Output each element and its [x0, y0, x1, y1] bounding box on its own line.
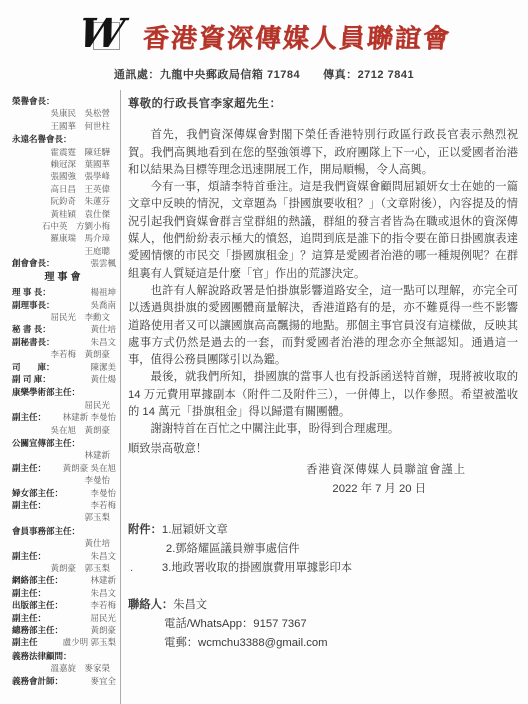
- officer-names: 郭玉梨: [84, 511, 110, 523]
- letter-paragraph: 最後，就我們所知，掛國旗的當事人也有投訴函送特首辦，現將被收取的 14 万元費用…: [128, 369, 518, 421]
- paragraphs: 首先，我們資深傳媒會對閣下榮任香港特別行政區行政長官表示熱烈祝賀。我們高興地看到…: [128, 127, 518, 438]
- officer-names: 吳康民 吳松營: [50, 107, 110, 119]
- org-logo: W: [77, 13, 129, 59]
- officer-names: 賴冠深 葉國華: [50, 158, 110, 170]
- closing-salute: 順致崇高敬意！: [128, 441, 518, 458]
- attachments-list: 1.屈穎妍文章 2.鄧絡耀區議員辦事處信件 3.地政署收取的掛國旗費用單據影印本: [162, 521, 352, 578]
- officer-role-label: 副主任：: [12, 499, 46, 511]
- sidebar-officer-line: 康樂學術部主任：: [12, 386, 116, 398]
- sidebar-officer-line: 理 事 長： 楊祖坤: [12, 286, 116, 298]
- sidebar-officer-line: 副主任： 屈民光: [12, 612, 116, 624]
- attachment-item: 3.地政署收取的掛國旗費用單據影印本: [162, 559, 352, 578]
- officer-names: 麥宜全: [90, 675, 116, 687]
- officer-names: 張雲楓: [90, 257, 116, 269]
- officer-role-label: 義務法律顧問：: [12, 650, 72, 662]
- sidebar-officer-line: 公關宣傳部主任：: [12, 437, 116, 449]
- officer-names: 李若梅: [90, 599, 116, 611]
- sidebar-officer-line: 司 庫： 陳潔美: [12, 361, 116, 373]
- officer-names: 楊祖坤: [90, 286, 116, 298]
- officer-names: 李若梅 黃朗豪: [50, 348, 110, 360]
- officer-names: 屈民光 李勳文: [50, 311, 110, 323]
- officer-role-label: 理 事 長：: [12, 286, 51, 298]
- sidebar-officer-line: 賴冠深 葉國華: [12, 158, 116, 170]
- sidebar-officer-line: 副主任： 朱昌文: [12, 550, 116, 562]
- officer-names: 霍震霆 陳廷驊: [50, 146, 110, 158]
- attachment-item: 2.鄧絡耀區議員辦事處信件: [162, 540, 352, 559]
- letter-paragraph: 首先，我們資深傳媒會對閣下榮任香港特別行政區行政長官表示熱烈祝賀。我們高興地看到…: [128, 127, 518, 179]
- officer-role-label: 義務會計師：: [12, 675, 63, 687]
- sidebar-officer-line: 郭玉梨: [12, 511, 116, 523]
- officer-names: 張國強 張學峰: [50, 170, 110, 182]
- letter-paragraph: 也許有人解說路政署是怕掛旗影響道路安全，這一點可以理解，亦完全可以透過與掛旗的愛…: [128, 283, 518, 369]
- letter-date: 2022 年 7 月 20 日: [128, 481, 518, 498]
- letterhead-contact-line: 通訊處：九龍中央郵政局信箱 71784 傳真：2712 7841: [0, 66, 528, 82]
- sidebar-officer-line: 黃朗豪 郭玉梨: [12, 562, 116, 574]
- sidebar-officer-line: 黃桂穎 袁仕傑: [12, 208, 116, 220]
- sidebar-officer-line: 林建新: [12, 449, 116, 461]
- officer-names: 王國華 何世柱: [50, 120, 110, 132]
- officer-role-label: 副主任：: [12, 612, 46, 624]
- officer-names: 黃朗豪 吳在旭: [63, 462, 116, 474]
- sidebar-officer-line: 出版部主任： 李若梅: [12, 599, 116, 611]
- sidebar-officer-line: 阮鈞奇 朱蓮芬: [12, 195, 116, 207]
- attachment-item: 1.屈穎妍文章: [162, 521, 352, 540]
- officer-names: 溫嘉旋 麥家榮: [50, 662, 110, 674]
- officer-names: 阮鈞奇 朱蓮芬: [50, 195, 110, 207]
- officer-names: 石中英 方劉小梅: [42, 220, 110, 232]
- sidebar-officer-line: 李若梅 黃朗豪: [12, 348, 116, 360]
- content-columns: 榮譽會長： 吳康民 吳松營 王國華 何世柱 永遠名譽會長：: [0, 90, 528, 704]
- officer-role-label: 榮譽會長：: [12, 95, 55, 107]
- officer-role-label: 副主任：: [12, 462, 46, 474]
- letter-paragraph: 謝謝特首在百忙之中關注此事，盼得到合理處理。: [128, 421, 518, 438]
- contact-phone-row: 電話/WhatsApp：9157 7367: [164, 615, 518, 634]
- sidebar-officer-line: 副主任： 李若梅: [12, 499, 116, 511]
- letterhead: W 香港資深傳媒人員聯誼會 通訊處：九龍中央郵政局信箱 71784 傳真：271…: [0, 0, 528, 82]
- officer-role-label: 副主任：: [12, 550, 46, 562]
- officer-names: 盧少明 郭玉梨: [63, 636, 116, 648]
- officer-names: 黃朗豪 郭玉梨: [50, 562, 110, 574]
- sidebar-officer-line: 義務法律顧問：: [12, 650, 116, 662]
- officer-names: 屈民光: [84, 399, 110, 411]
- officer-names: 羅康瑞 馬介璋: [50, 232, 110, 244]
- contact-block: 聯絡人：朱昌文 電話/WhatsApp：9157 7367 電郵：wcmchu3…: [128, 596, 518, 653]
- officer-names: 黃桂穎 袁仕傑: [50, 208, 110, 220]
- logo-calligraphy-w: W: [76, 11, 127, 57]
- officer-names: 王庭聰: [84, 245, 110, 257]
- sidebar-officer-line: 創會會長： 張雲楓: [12, 257, 116, 269]
- sidebar-officer-line: 屈民光: [12, 399, 116, 411]
- sidebar-officer-line: 羅康瑞 馬介璋: [12, 232, 116, 244]
- officer-role-label: 創會會長：: [12, 257, 55, 269]
- officer-role-label: 副 司 庫：: [12, 373, 51, 385]
- sidebar-officer-line: 副秘書長： 朱昌文: [12, 336, 116, 348]
- sidebar-officer-line: 王庭聰: [12, 245, 116, 257]
- sidebar-officer-line: 黃仕培: [12, 537, 116, 549]
- officer-names: 李若梅: [90, 499, 116, 511]
- sidebar-officer-line: 榮譽會長：: [12, 95, 116, 107]
- sidebar-officer-line: 秘 書 長： 黃仕培: [12, 323, 116, 335]
- officer-names: 黃朗豪: [90, 624, 116, 636]
- sidebar-officer-line: 副理事長： 吳喬南: [12, 299, 116, 311]
- officer-names: 林建新 李曼怡: [63, 411, 116, 423]
- officer-role-label: 副主任: [12, 636, 38, 648]
- officer-names: 黃仕培: [90, 323, 116, 335]
- sidebar-officer-line: 總務部主任： 黃朗豪: [12, 624, 116, 636]
- officer-names: 陳潔美: [90, 361, 116, 373]
- sidebar-officer-line: 婦女部主任： 李曼怡: [12, 487, 116, 499]
- officer-names: 黃仕煬: [90, 373, 116, 385]
- officer-role-label: 副秘書長：: [12, 336, 55, 348]
- sidebar-officer-line: 網絡部主任： 林建新: [12, 574, 116, 586]
- officer-role-label: 永遠名譽會長：: [12, 133, 72, 145]
- sidebar-officer-line: 副 司 庫： 黃仕煬: [12, 373, 116, 385]
- officer-names: 高日昌 王英偉: [50, 183, 110, 195]
- officer-role-label: 副理事長：: [12, 299, 55, 311]
- officer-role-label: 出版部主任：: [12, 599, 63, 611]
- contact-person-row: 聯絡人：朱昌文: [128, 596, 518, 615]
- sidebar-officer-line: 義務會計師： 麥宜全: [12, 675, 116, 687]
- contact-email-row: 電郵：wcmchu3388@gmail.com: [164, 634, 518, 653]
- sidebar-officer-line: 溫嘉旋 麥家榮: [12, 662, 116, 674]
- letter-paragraph: 今有一事，煩請李特首垂注。這是我們資媒會顧問屈穎妍女士在她的一篇文章中反映的情況…: [128, 179, 518, 283]
- sidebar-officer-line: 副主任： 黃朗豪 吳在旭: [12, 462, 116, 474]
- officer-names: 李曼怡: [90, 487, 116, 499]
- sidebar-officer-line: 石中英 方劉小梅: [12, 220, 116, 232]
- contact-label: 聯絡人：: [128, 599, 173, 611]
- sidebar-officer-line: 副主任 盧少明 郭玉梨: [12, 636, 116, 648]
- sidebar-officer-line: 高日昌 王英偉: [12, 183, 116, 195]
- sidebar-officer-line: 張國強 張學峰: [12, 170, 116, 182]
- officer-names: 朱昌文: [90, 550, 116, 562]
- officer-names: 吳喬南: [90, 299, 116, 311]
- sidebar-officer-line: 霍震霆 陳廷驊: [12, 146, 116, 158]
- sidebar-officer-line: 副主任： 朱昌文: [12, 587, 116, 599]
- attachments-block: 附件： . 1.屈穎妍文章 2.鄧絡耀區議員辦事處信件 3.地政署收取的掛國旗費…: [128, 521, 518, 578]
- sidebar-officer-line: 會員事務部主任：: [12, 525, 116, 537]
- sidebar-officer-line: 王國華 何世柱: [12, 120, 116, 132]
- officer-names: 李曼怡: [84, 474, 110, 486]
- sidebar-officer-line: 屈民光 李勳文: [12, 311, 116, 323]
- officer-role-label: 司 庫：: [12, 361, 55, 373]
- officer-role-label: 會員事務部主任：: [12, 525, 80, 537]
- officer-role-label: 網絡部主任：: [12, 574, 63, 586]
- officer-names: 吳在旭 黃朗豪: [50, 424, 110, 436]
- logo-row: W 香港資深傳媒人員聯誼會: [0, 12, 528, 60]
- officers-sidebar: 榮譽會長： 吳康民 吳松營 王國華 何世柱 永遠名譽會長：: [0, 90, 121, 704]
- sidebar-officer-line: 理事會: [12, 272, 116, 284]
- officer-names: 朱昌文: [90, 587, 116, 599]
- officer-names: 林建新: [90, 574, 116, 586]
- officer-names: 林建新: [84, 449, 110, 461]
- letter-page: W 香港資深傳媒人員聯誼會 通訊處：九龍中央郵政局信箱 71784 傳真：271…: [0, 0, 528, 704]
- contact-name: 朱昌文: [173, 599, 207, 611]
- officer-role-label: 婦女部主任：: [12, 487, 63, 499]
- officer-role-label: 秘 書 長：: [12, 323, 51, 335]
- officer-names: 朱昌文: [90, 336, 116, 348]
- salutation: 尊敬的行政長官李家超先生：: [128, 96, 518, 113]
- org-name-calligraphy: 香港資深傳媒人員聯誼會: [142, 18, 453, 55]
- sidebar-officer-line: 李曼怡: [12, 474, 116, 486]
- sidebar-officer-line: 吳在旭 黃朗豪: [12, 424, 116, 436]
- officer-role-label: 副主任：: [12, 587, 46, 599]
- officer-role-label: 康樂學術部主任：: [12, 386, 80, 398]
- sidebar-officer-line: 永遠名譽會長：: [12, 133, 116, 145]
- sidebar-officer-line: 吳康民 吳松營: [12, 107, 116, 119]
- officer-names: 屈民光: [90, 612, 116, 624]
- officer-role-label: 副主任：: [12, 411, 46, 423]
- officer-role-label: 公關宣傳部主任：: [12, 437, 80, 449]
- officer-role-label: 理事會: [45, 272, 84, 284]
- stray-period-mark: .: [130, 559, 133, 578]
- letter-body: 尊敬的行政長官李家超先生： 首先，我們資深傳媒會對閣下榮任香港特別行政區行政長官…: [121, 90, 528, 704]
- officer-role-label: 總務部主任：: [12, 624, 63, 636]
- sidebar-officer-line: 副主任： 林建新 李曼怡: [12, 411, 116, 423]
- signature: 香港資深傳媒人員聯誼會謹上: [128, 462, 518, 479]
- officer-names: 黃仕培: [84, 537, 110, 549]
